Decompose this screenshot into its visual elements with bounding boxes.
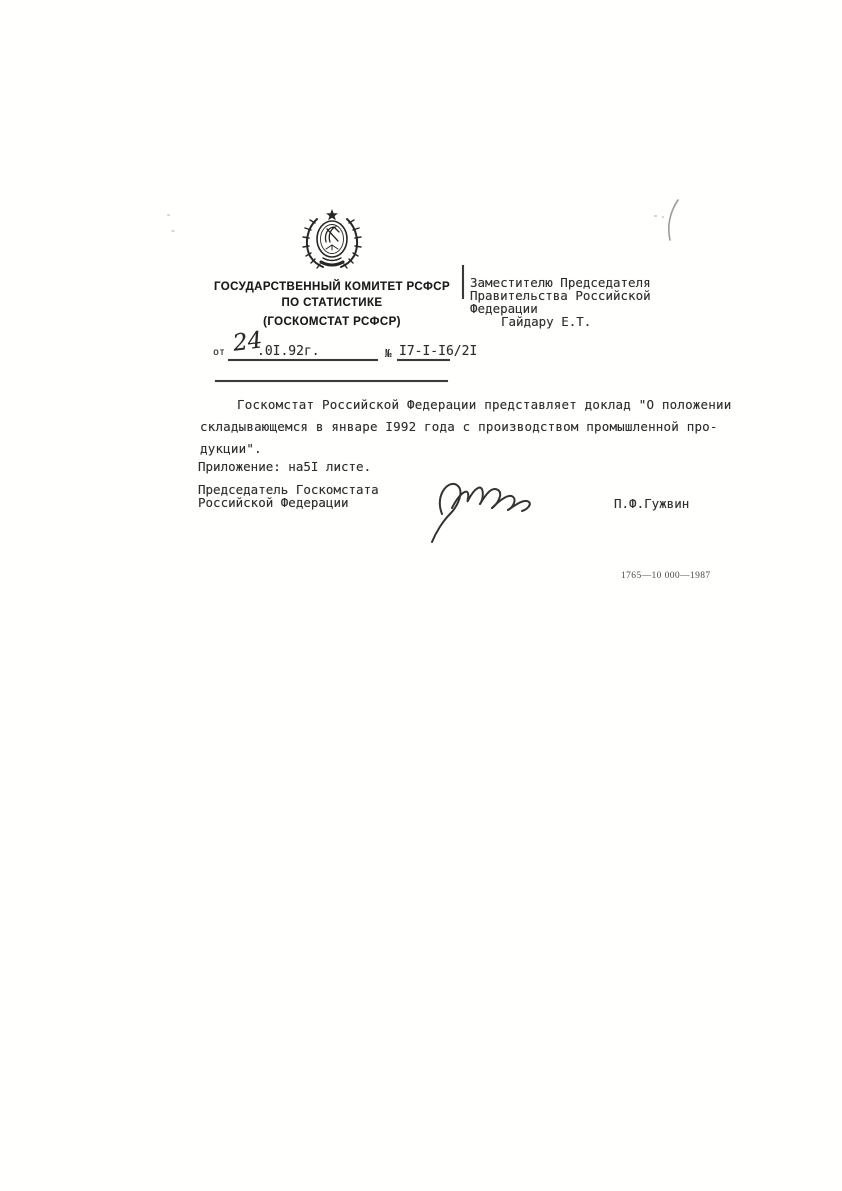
print-code: 1765—10 000—1987 [621, 571, 711, 581]
letterhead-org-line1: ГОСУДАРСТВЕННЫЙ КОМИТЕТ РСФСР [200, 281, 464, 293]
date-from-label: от [213, 347, 225, 358]
body-paragraph: Госкомстат Российской Федерации представ… [200, 394, 730, 460]
letter-page: ГОСУДАРСТВЕННЫЙ КОМИТЕТ РСФСР ПО СТАТИСТ… [0, 0, 842, 1191]
body-line: складывающемся в январе I992 года с прои… [200, 416, 730, 438]
addressee-name: Гайдару Е.Т. [470, 315, 651, 328]
letterhead-divider [462, 265, 464, 299]
attachment-note: Приложение: на5I листе. [198, 459, 371, 474]
rsfsr-coat-of-arms-icon [299, 206, 365, 272]
scan-speck [171, 230, 175, 232]
letterhead-org-line2: ПО СТАТИСТИКЕ [200, 297, 464, 309]
signer-title-block: Председатель Госкомстата Российской Феде… [198, 483, 379, 509]
letterhead-org-line3: (ГОСКОМСТАТ РСФСР) [200, 316, 464, 328]
body-line: Госкомстат Российской Федерации представ… [200, 394, 730, 416]
number-underline [397, 359, 450, 361]
number-label: № [385, 347, 392, 360]
number-value: I7-I-I6/2I [399, 344, 477, 359]
addressee-block: Заместителю Председателя Правительства Р… [470, 276, 651, 328]
reference-rule [215, 380, 448, 382]
handwritten-signature-icon [426, 474, 546, 544]
date-typed: .0I.92г. [257, 344, 320, 359]
signer-name: П.Ф.Гужвин [614, 496, 689, 511]
scan-speck [167, 214, 170, 216]
signer-title-line: Российской Федерации [198, 496, 379, 509]
body-line: дукции". [200, 438, 730, 460]
date-underline [228, 359, 378, 361]
pen-mark-icon [648, 198, 688, 248]
